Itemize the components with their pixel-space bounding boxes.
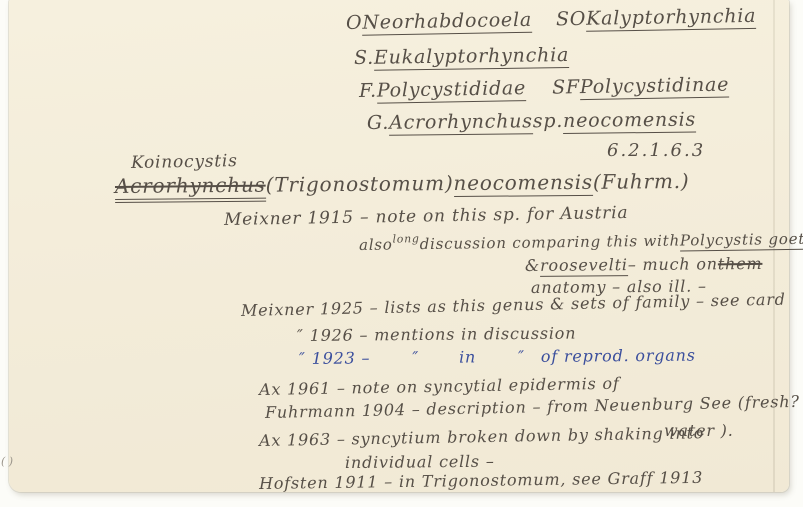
handwriting-segment: them: [718, 254, 763, 273]
handwriting-segment: &: [525, 256, 540, 275]
handwriting-segment: S.: [354, 47, 374, 69]
handwriting-segment: neocomensis: [453, 170, 593, 197]
note-hofsten-1911: Hofsten 1911 – in Trigonostomum, see Gra…: [259, 468, 703, 493]
handwriting-segment: also: [359, 236, 393, 254]
handwriting-segment: O: [346, 12, 363, 34]
note-ax-1963-cont: individual cells –: [345, 452, 495, 472]
handwriting-segment: G.: [367, 112, 389, 134]
handwriting-segment: discussion comparing this with: [420, 232, 681, 254]
index-card: O NeorhabdocoelaSO KalyptorhynchiaS. Euk…: [9, 0, 789, 492]
handwriting-segment: (Fuhrm.): [593, 169, 690, 194]
handwriting-segment: F.: [359, 80, 377, 102]
family-subfamily-line: F. PolycystididaeSF Polycystidinae: [359, 74, 730, 104]
handwriting-segment: Eukalyptorhynchia: [374, 44, 569, 71]
note-meixner-1926: ″ 1926 – mentions in discussion: [297, 324, 576, 345]
handwriting-segment: SF: [552, 76, 580, 98]
handwriting-segment: Polycystidinae: [580, 74, 730, 101]
handwriting-segment: of reprod. organs: [541, 346, 696, 366]
handwriting-segment: neocomensis: [563, 109, 696, 134]
section-line: S. Eukalyptorhynchia: [354, 44, 569, 71]
handwriting-segment: Polycystis goettei: [680, 229, 803, 251]
scan-background: O NeorhabdocoelaSO KalyptorhynchiaS. Euk…: [0, 0, 803, 507]
handwriting-segment: Polycystididae: [377, 77, 527, 104]
note-meixner-1923: ″ 1923 –″in″of reprod. organs: [299, 346, 696, 368]
note-ax-1961: Ax 1961 – note on syncytial epidermis of: [259, 374, 620, 399]
handwriting-segment: SO: [556, 8, 587, 31]
handwriting-segment: Meixner 1925 – lists as this genus & set…: [241, 290, 786, 320]
handwriting-segment: Meixner 1915 – note on this sp. for Aust…: [224, 203, 629, 230]
handwriting-segment: sp.: [533, 110, 564, 132]
handwriting-segment: long: [393, 232, 420, 245]
annotation-koinocystis: Koinocystis: [131, 151, 238, 173]
handwriting-segment: ″: [412, 348, 419, 367]
handwriting-segment: Acrorhynchus: [389, 110, 533, 136]
note-meixner-1915-cont2: & roosevelti – much on them: [525, 254, 763, 277]
note-meixner-1915: Meixner 1915 – note on this sp. for Aust…: [224, 203, 629, 230]
handwriting-segment: ″ 1926 – mentions in discussion: [297, 324, 576, 345]
handwriting-segment: ″: [518, 347, 525, 366]
handwriting-segment: (Trigonostomum): [266, 171, 454, 197]
note-meixner-1925: Meixner 1925 – lists as this genus & set…: [241, 290, 786, 320]
handwriting-segment: Ax 1963 – syncytium broken down by shaki…: [259, 423, 704, 450]
handwriting-segment: Acrorhynchus: [115, 173, 266, 203]
handwriting-segment: Ax 1961 – note on syncytial epidermis of: [259, 374, 620, 399]
species-title-line: Acrorhynchus (Trigonostomum) neocomensis…: [115, 169, 690, 203]
note-meixner-1915-cont: also long discussion comparing this with…: [359, 226, 803, 256]
handwriting-segment: Kalyptorhynchia: [586, 5, 757, 32]
catalog-number: 6.2.1.6.3: [607, 140, 705, 161]
handwriting-segment: 6.2.1.6.3: [607, 140, 705, 161]
note-ax-1963: Ax 1963 – syncytium broken down by shaki…: [259, 423, 704, 450]
order-suborder-line: O NeorhabdocoelaSO Kalyptorhynchia: [346, 5, 757, 36]
handwriting-segment: – much on: [628, 254, 718, 274]
stray-pencil-mark: ( ): [1, 455, 13, 468]
handwriting-segment: individual cells –: [345, 452, 495, 472]
handwriting-segment: Koinocystis: [131, 151, 238, 173]
genus-species-line: G. Acrorhynchus sp. neocomensis: [367, 109, 696, 136]
handwriting-segment: Neorhabdocoela: [362, 9, 532, 36]
handwriting-segment: roosevelti: [540, 255, 628, 277]
handwriting-segment: in: [459, 347, 476, 366]
handwriting-segment: ″ 1923 –: [299, 348, 370, 368]
handwriting-segment: Hofsten 1911 – in Trigonostomum, see Gra…: [259, 468, 703, 493]
